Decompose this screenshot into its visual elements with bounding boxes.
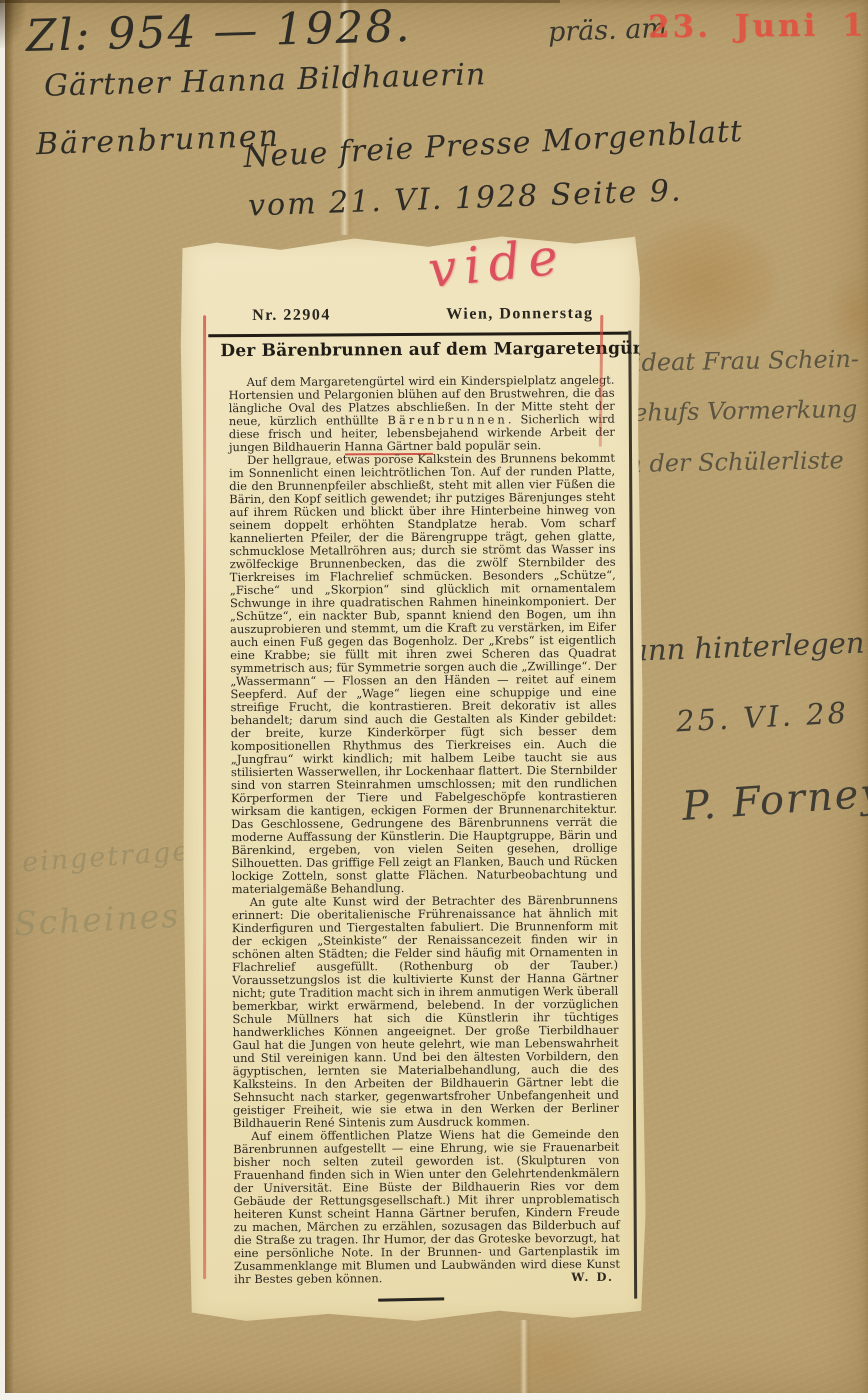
pencil-note-entered: eingetragen <box>21 835 210 878</box>
source-date-note: vom 21. VI. 1928 Seite 9. <box>248 174 683 222</box>
paper-crease <box>520 1320 532 1400</box>
article-end-rule <box>378 1297 444 1301</box>
dateline: Wien, Donnerstag <box>446 305 593 324</box>
right-note-line: in der Schülerliste <box>618 447 860 478</box>
official-signature: P. Forney <box>681 771 868 829</box>
paper-stain <box>630 218 780 348</box>
red-crayon-line-left <box>203 315 206 1279</box>
article-paragraph: Auf dem Margaretengürtel wird ein Kinder… <box>229 374 615 454</box>
deposit-note-date: 25. VI. 28 <box>675 697 850 738</box>
newspaper-clipping: Nr. 22904 Wien, Donnerstag Der Bärenbrun… <box>180 235 647 1324</box>
article-paragraph: An gute alte Kunst wird der Betrachter d… <box>232 894 619 1130</box>
right-note-line: Videat Frau Schein- <box>617 346 859 377</box>
header-rule <box>208 332 628 338</box>
article-paragraph: Der hellgraue, etwas poröse Kalkstein de… <box>229 452 618 896</box>
article-body: Auf dem Margaretengürtel wird ein Kinder… <box>229 374 621 1286</box>
registry-number: Zl: 954 — 1928. <box>25 3 412 61</box>
right-note-line: behufs Vormerkung <box>618 396 860 427</box>
pencil-note-signature: Scheines <box>13 898 181 943</box>
scan-edge-bottom <box>0 1393 868 1400</box>
issue-number: Nr. 22904 <box>252 306 331 324</box>
clipping-header: Nr. 22904 Wien, Donnerstag <box>180 305 640 308</box>
scan-edge-top <box>0 0 560 3</box>
scan-corner-shadow <box>0 0 26 48</box>
column-rule <box>628 331 636 1299</box>
scan-edge-left-shadow <box>5 0 14 1400</box>
source-newspaper-note: Neue freie Presse Morgenblatt <box>242 115 743 174</box>
deposit-note: dann hinterlegen <box>612 628 866 669</box>
article-paragraph: Auf einem öffentlichen Platze Wiens hat … <box>233 1128 620 1286</box>
date-stamp: 23. Juni 1928 <box>648 7 868 46</box>
paper-stain <box>480 1320 620 1400</box>
archive-page: Zl: 954 — 1928. präs. am 23. Juni 1928 G… <box>0 0 868 1400</box>
artist-name-note: Gärtner Hanna Bildhauerin <box>44 58 487 103</box>
article-headline: Der Bärenbrunnen auf dem Margaretengürte… <box>220 339 628 361</box>
right-margin-note: Videat Frau Schein- behufs Vormerkung in… <box>617 346 862 501</box>
